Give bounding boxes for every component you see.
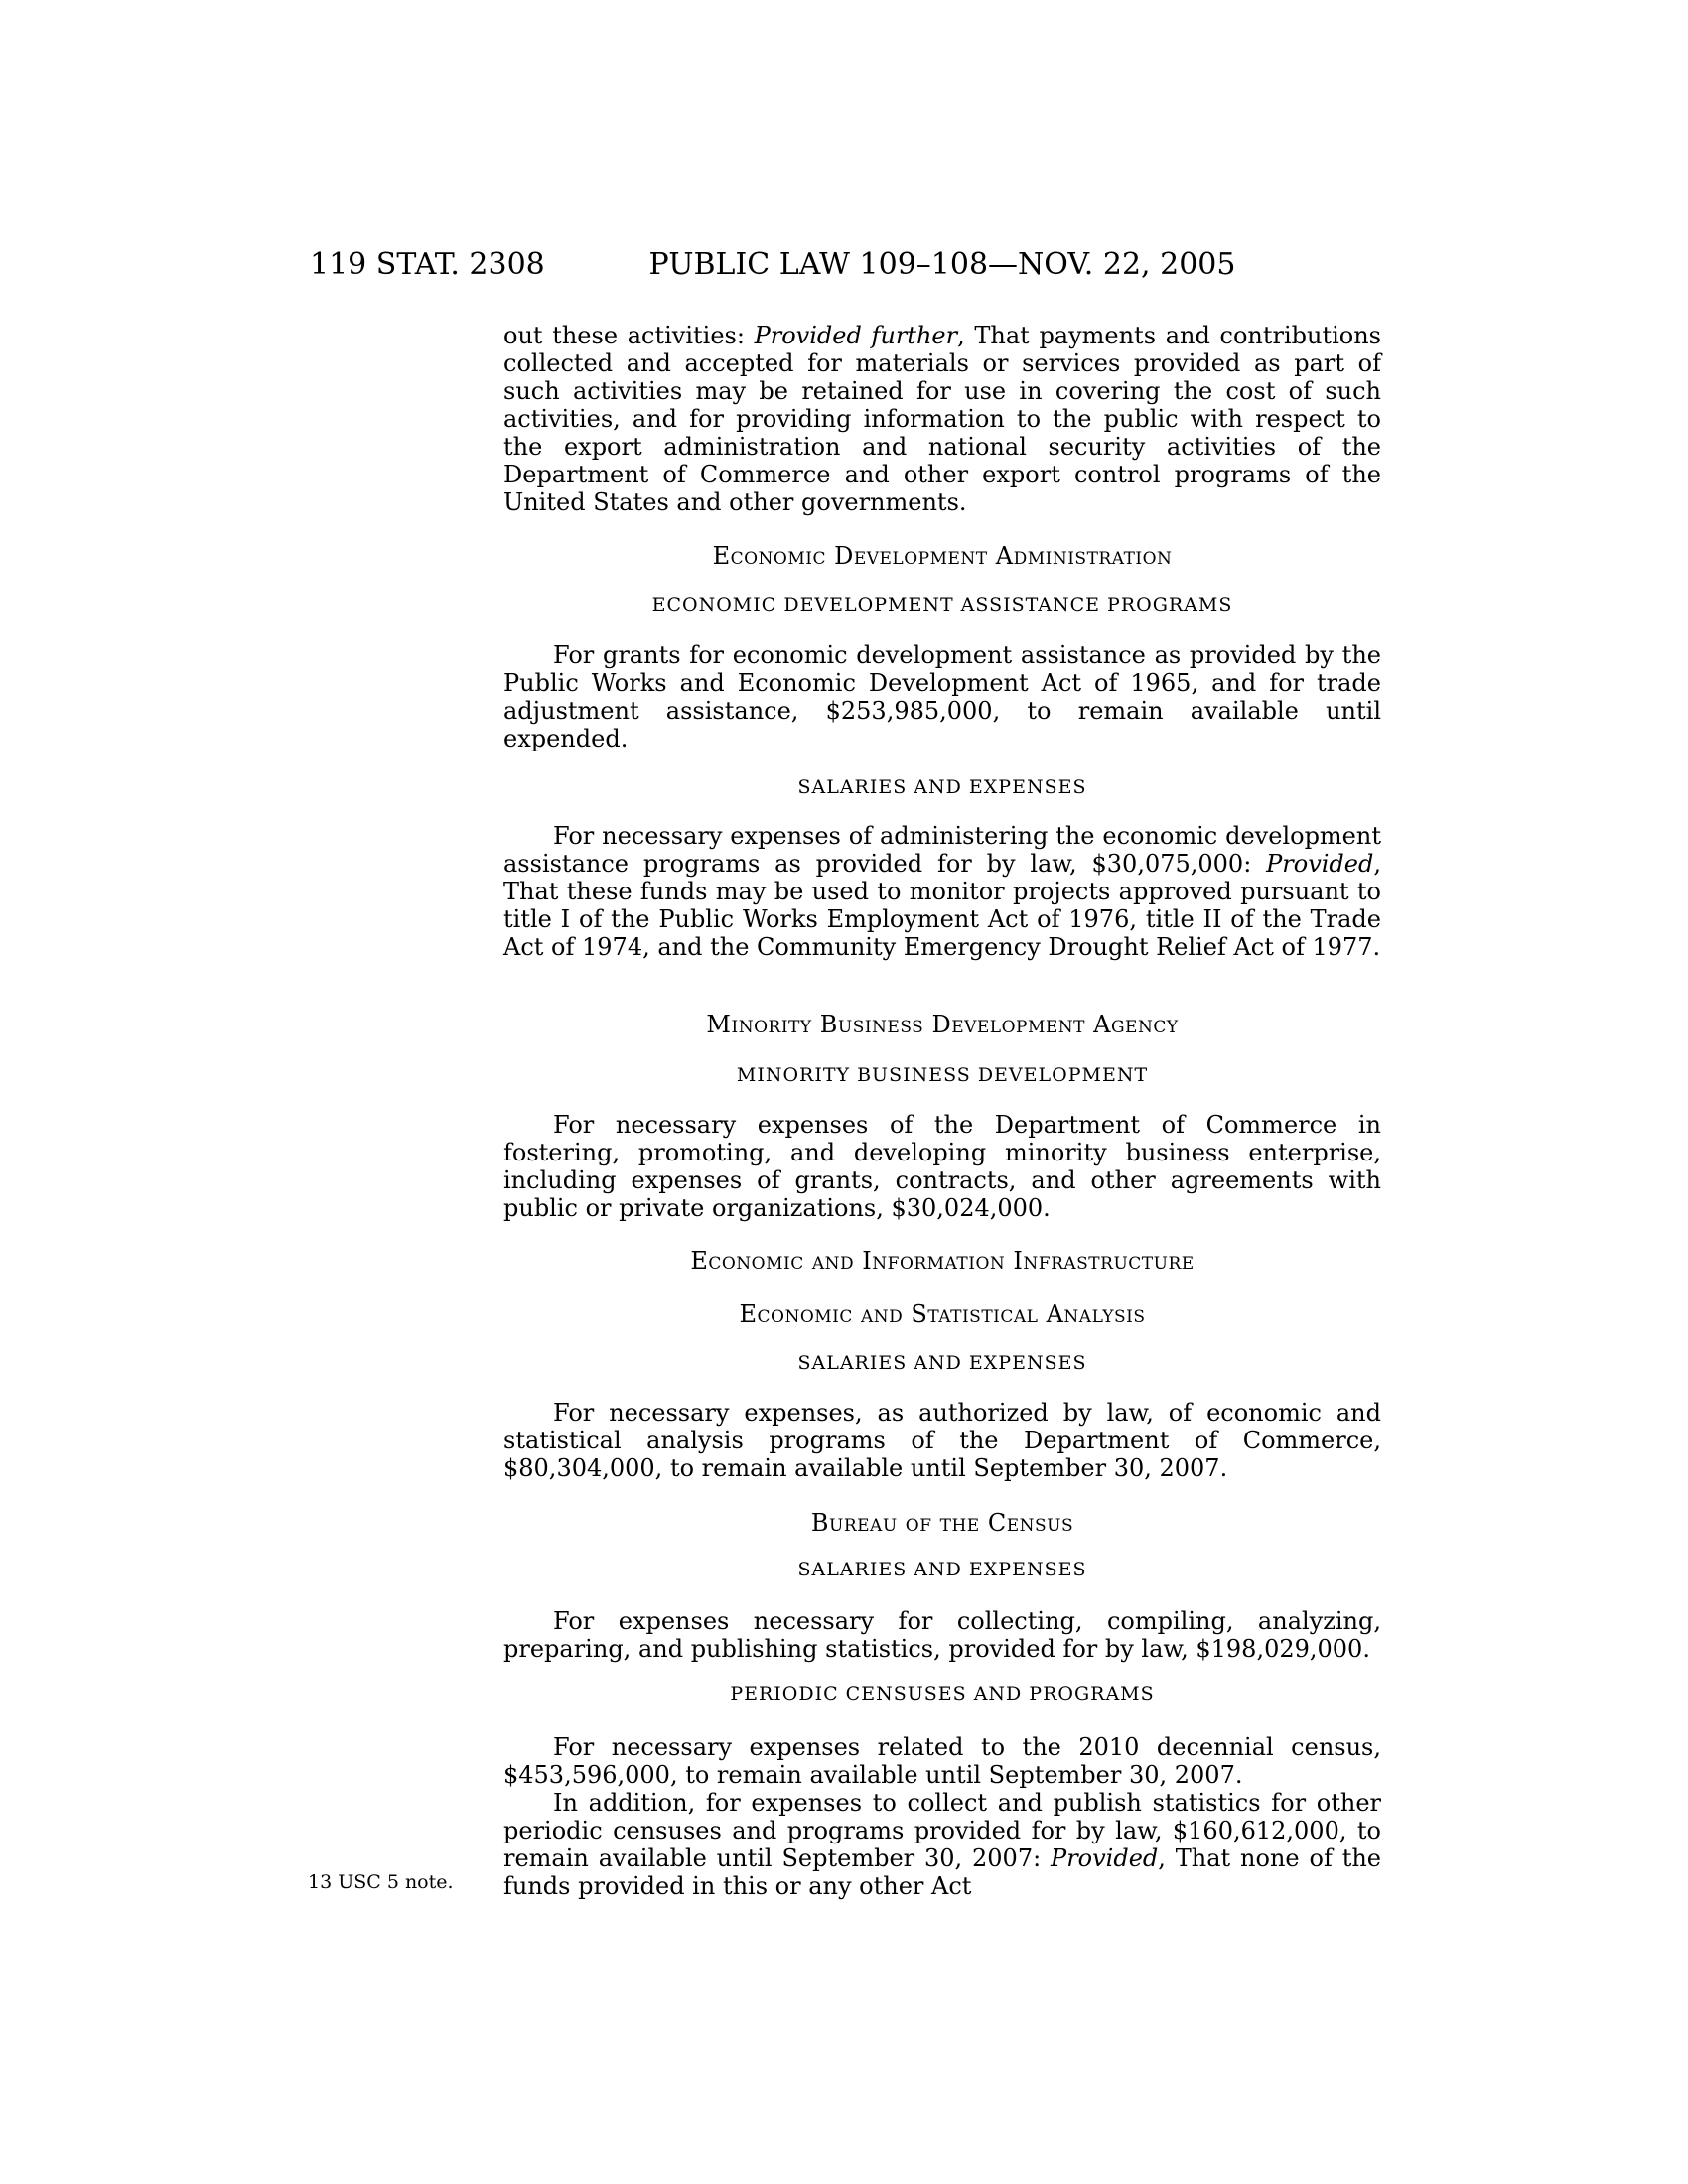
header-public-law-title: PUBLIC LAW 109–108—NOV. 22, 2005: [503, 248, 1381, 282]
heading-economic-development-assistance-programs: ECONOMIC DEVELOPMENT ASSISTANCE PROGRAMS: [503, 593, 1381, 616]
heading-minority-business-development-agency: Minority Business Development Agency: [503, 1011, 1381, 1038]
statute-page: 119 STAT. 2308 PUBLIC LAW 109–108—NOV. 2…: [0, 0, 1688, 2184]
paragraph-eda-salaries-and-expenses: For necessary expenses of administering …: [503, 822, 1381, 961]
paragraph-eda-grants: For grants for economic development assi…: [503, 641, 1381, 752]
paragraph-decennial-census: For necessary expenses related to the 20…: [503, 1733, 1381, 1789]
heading-economic-and-information-infrastructure: Economic and Information Infrastructure: [503, 1247, 1381, 1275]
heading-economic-development-administration: Economic Development Administration: [503, 542, 1381, 570]
heading-periodic-censuses-and-programs: PERIODIC CENSUSES AND PROGRAMS: [503, 1682, 1381, 1706]
margin-note-13-usc-5: 13 USC 5 note.: [308, 1870, 487, 1894]
heading-bureau-of-the-census: Bureau of the Census: [503, 1509, 1381, 1537]
paragraph-periodic-censuses: In addition, for expenses to collect and…: [503, 1789, 1381, 1900]
heading-eda-salaries-and-expenses: SALARIES AND EXPENSES: [503, 775, 1381, 799]
heading-esa-salaries-and-expenses: SALARIES AND EXPENSES: [503, 1351, 1381, 1375]
paragraph-esa-salaries-and-expenses: For necessary expenses, as authorized by…: [503, 1399, 1381, 1482]
paragraph-census-salaries-and-expenses: For expenses necessary for collecting, c…: [503, 1607, 1381, 1663]
heading-economic-and-statistical-analysis: Economic and Statistical Analysis: [503, 1300, 1381, 1328]
paragraph-export-administration-continuation: out these activities: Provided further, …: [503, 322, 1381, 516]
heading-census-salaries-and-expenses: SALARIES AND EXPENSES: [503, 1558, 1381, 1581]
paragraph-mbda: For necessary expenses of the Department…: [503, 1111, 1381, 1222]
heading-minority-business-development: MINORITY BUSINESS DEVELOPMENT: [503, 1063, 1381, 1087]
